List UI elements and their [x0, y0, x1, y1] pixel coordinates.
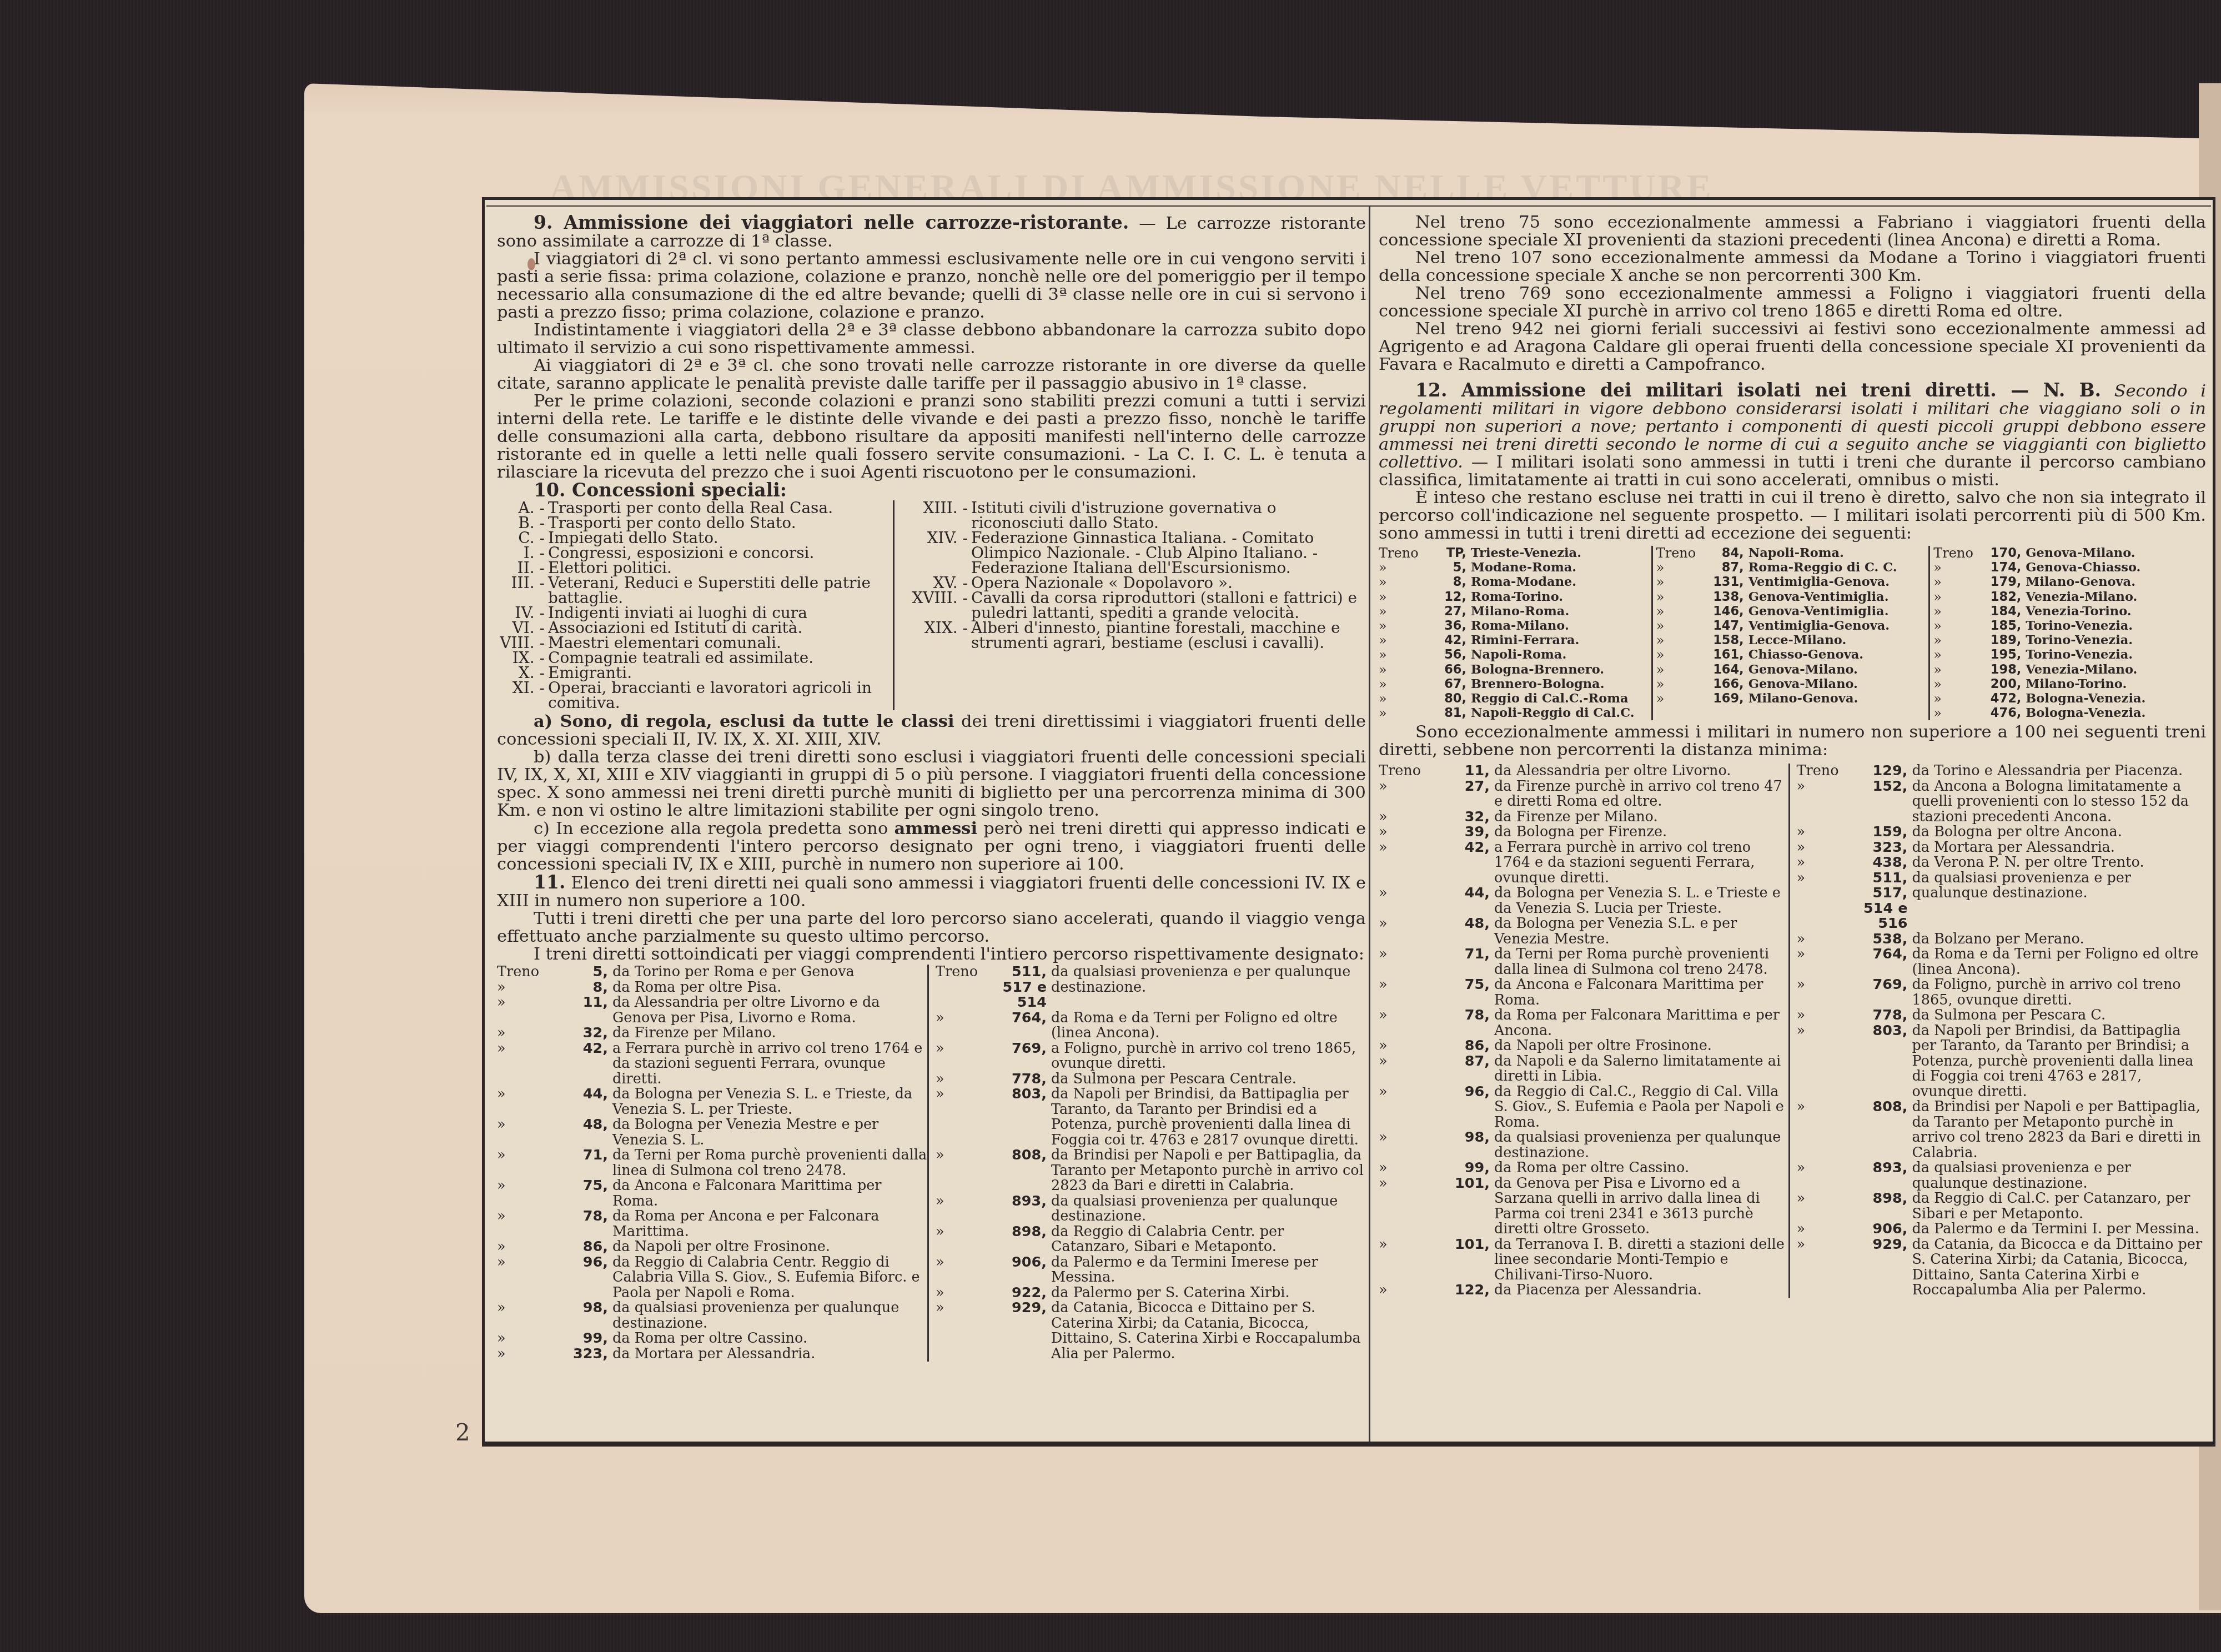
train-row: TrenoTP,Trieste-Venezia. [1379, 546, 1651, 560]
train-label: » [497, 1347, 562, 1362]
train-number: 922, [1001, 1286, 1051, 1301]
train-number: 159, [1862, 825, 1912, 840]
train-route: Torino-Venezia. [2026, 647, 2206, 662]
train-row: »71,da Terni per Roma purchè provenienti… [497, 1148, 927, 1178]
concession-item: X. -Emigranti. [497, 665, 888, 680]
train-label: » [497, 995, 562, 1026]
train-row: »44,da Bologna per Venezia S. L. e Tries… [1379, 886, 1788, 916]
train-label: » [1379, 706, 1430, 720]
train-label: » [1656, 677, 1707, 691]
train-route: da Roma e da Terni per Foligno ed oltre … [1051, 1011, 1366, 1041]
train-route: a Ferrara purchè in arrivo col treno 176… [612, 1041, 927, 1087]
train-route: Milano-Genova. [2026, 575, 2206, 589]
train-number: 138, [1707, 590, 1748, 604]
train-route: da Piacenza per Alessandria. [1494, 1283, 1788, 1298]
train-route: da Alessandria per oltre Livorno. [1494, 764, 1788, 779]
train-label: » [1933, 590, 1984, 604]
train-route: da Bologna per Venezia Mestre e per Vene… [612, 1117, 927, 1148]
train-number: TP, [1430, 546, 1471, 560]
train-row: »42,Rimini-Ferrara. [1379, 633, 1651, 647]
train-number: 86, [562, 1239, 612, 1255]
train-route: da Ancona a Bologna limitatamente a quel… [1912, 779, 2207, 825]
paragraph-a-bold: a) Sono, di regola, esclusi da tutte le … [534, 711, 954, 731]
train-route: da Sulmona per Pescara C. [1912, 1008, 2207, 1023]
train-row: »182,Venezia-Milano. [1933, 590, 2206, 604]
column-divider [1369, 207, 1370, 1442]
train-number: 769, [1862, 977, 1912, 1008]
train-label: Treno [1379, 764, 1444, 779]
train-row: »8,da Roma per oltre Pisa. [497, 980, 927, 996]
train-label: » [1656, 575, 1707, 589]
train-row: »99,da Roma per oltre Cassino. [1379, 1161, 1788, 1176]
train-row: »323,da Mortara per Alessandria. [497, 1347, 927, 1362]
train-number: 129, [1862, 764, 1912, 779]
train-number: 929, [1862, 1237, 1912, 1298]
train-route: da Mortara per Alessandria. [1912, 840, 2207, 856]
train-route: da Alessandria per oltre Livorno e da Ge… [612, 995, 927, 1026]
concession-item: VI. -Associazioni ed Istituti di carità. [497, 620, 888, 635]
train-label: » [1933, 633, 1984, 647]
section-10-title: 10. Concessioni speciali: [497, 481, 1366, 499]
ink-stain [527, 258, 535, 270]
train-route: Torino-Venezia. [2026, 633, 2206, 647]
train-row: Treno84,Napoli-Roma. [1656, 546, 1929, 560]
train-number: 200, [1984, 677, 2026, 691]
train-row: »803,da Napoli per Brindisi, da Battipag… [1797, 1023, 2207, 1100]
train-number: 32, [562, 1026, 612, 1041]
paragraph: I viaggiatori di 2ª cl. vi sono pertanto… [497, 250, 1366, 322]
train-row: »122,da Piacenza per Alessandria. [1379, 1283, 1788, 1298]
train-number: 56, [1430, 647, 1471, 662]
train-row: »32,da Firenze per Milano. [1379, 810, 1788, 825]
train-route: da Verona P. N. per oltre Trento. [1912, 855, 2207, 871]
paragraph-c-bold: ammessi [894, 819, 977, 838]
train-route: da Ancona e Falconara Marittima per Roma… [1494, 977, 1788, 1008]
train-row: »81,Napoli-Reggio di Cal.C. [1379, 706, 1651, 720]
train-row: »36,Roma-Milano. [1379, 619, 1651, 633]
train-label: » [1933, 647, 1984, 662]
train-label: » [1379, 1130, 1444, 1161]
concession-item: XIII. -Istituti civili d'istruzione gove… [902, 500, 1366, 530]
concession-code: XV. - [902, 575, 971, 590]
train-label: » [936, 1148, 1001, 1194]
train-row: »48,da Bologna per Venezia Mestre e per … [497, 1117, 927, 1148]
train-route: da Terni per Roma purchè provenienti dal… [612, 1148, 927, 1178]
concession-item: XIV. -Federazione Ginnastica Italiana. -… [902, 530, 1366, 575]
train-number: 323, [562, 1347, 612, 1362]
military-excluded-trains: TrenoTP,Trieste-Venezia.»5,Modane-Roma.»… [1379, 546, 2206, 720]
train-route: Genova-Milano. [1748, 662, 1929, 677]
train-label: » [1797, 977, 1862, 1008]
train-label: » [936, 1194, 1001, 1224]
train-route: Chiasso-Genova. [1748, 647, 1929, 662]
concession-label: Opera Nazionale « Dopolavoro ». [971, 575, 1366, 590]
concession-item: IV. -Indigenti inviati ai luoghi di cura [497, 605, 888, 620]
train-number: 158, [1707, 633, 1748, 647]
train-row: »906,da Palermo e da Termini I. per Mess… [1797, 1222, 2207, 1237]
concession-item: B. -Trasporti per conto dello Stato. [497, 515, 888, 530]
train-number: 80, [1430, 691, 1471, 706]
train-route: da Sulmona per Pescara Centrale. [1051, 1072, 1366, 1087]
train-route: a Foligno, purchè in arrivo col treno 18… [1051, 1041, 1366, 1072]
train-label: » [497, 1087, 562, 1117]
train-label: » [1656, 633, 1707, 647]
train-number: 174, [1984, 560, 2026, 575]
concession-item: A. -Trasporti per conto della Real Casa. [497, 500, 888, 515]
section-11: 11. Elenco dei treni diretti nei quali s… [497, 873, 1366, 910]
train-row: »98,da qualsiasi provenienza per qualunq… [1379, 1130, 1788, 1161]
train-number: 98, [1444, 1130, 1494, 1161]
train-number: 99, [562, 1331, 612, 1347]
train-route: Venezia-Milano. [2026, 662, 2206, 677]
paragraph: Per le prime colazioni, seconde colazion… [497, 393, 1366, 481]
train-route: da qualsiasi provenienza per qualunque d… [1051, 1194, 1366, 1224]
train-label: Treno [1933, 546, 1984, 560]
train-row: »99,da Roma per oltre Cassino. [497, 1331, 927, 1347]
train-route: Milano-Torino. [2026, 677, 2206, 691]
paragraph-b: b) dalla terza classe dei treni diretti … [497, 749, 1366, 820]
train-number: 5, [562, 965, 612, 980]
train-number: 511, 517, 514 e 516 [1862, 871, 1912, 932]
train-row: »200,Milano-Torino. [1933, 677, 2206, 691]
military-list-col-3: Treno170,Genova-Milano.»174,Genova-Chias… [1928, 546, 2206, 720]
train-row: »198,Venezia-Milano. [1933, 662, 2206, 677]
concession-item: XIX. -Alberi d'innesto, piantine foresta… [902, 620, 1366, 650]
train-route: Milano-Genova. [1748, 691, 1929, 706]
train-number: 42, [1430, 633, 1471, 647]
train-label: » [1379, 840, 1444, 886]
paragraph-c: c) In eccezione alla regola predetta son… [497, 820, 1366, 873]
train-route: Bologna-Venezia. [2026, 706, 2206, 720]
train-row: »86,da Napoli per oltre Frosinone. [1379, 1038, 1788, 1054]
train-label: » [1656, 647, 1707, 662]
train-label: » [497, 1300, 562, 1331]
train-route: da Palermo per S. Caterina Xirbi. [1051, 1286, 1366, 1301]
concession-label: Compagnie teatrali ed assimilate. [548, 650, 888, 665]
train-label: » [1797, 840, 1862, 856]
train-route: da Mortara per Alessandria. [612, 1347, 927, 1362]
train-row: »75,da Ancona e Falconara Marittima per … [1379, 977, 1788, 1008]
train-list-col-2: Treno511, 517 e 514da qualsiasi provenie… [927, 965, 1366, 1362]
train-route: da qualsiasi provenienza per qualunque d… [612, 1300, 927, 1331]
concession-code: XVIII. - [902, 590, 971, 620]
concession-item: C. -Impiegati dello Stato. [497, 530, 888, 545]
train-route: Venezia-Milano. [2026, 590, 2206, 604]
train-label: » [1933, 560, 1984, 575]
train-number: 11, [1444, 764, 1494, 779]
train-number: 808, [1001, 1148, 1051, 1194]
train-label: » [1656, 619, 1707, 633]
train-number: 87, [1444, 1054, 1494, 1084]
train-row: »87,da Napoli e da Salerno limitatamente… [1379, 1054, 1788, 1084]
train-number: 764, [1001, 1011, 1051, 1041]
train-number: 146, [1707, 604, 1748, 619]
train-number: 169, [1707, 691, 1748, 706]
train-row: »778,da Sulmona per Pescara Centrale. [936, 1072, 1366, 1087]
train-row: »808,da Brindisi per Napoli e per Battip… [936, 1148, 1366, 1194]
train-number: 11, [562, 995, 612, 1026]
concession-code: XIII. - [902, 500, 971, 530]
train-number: 898, [1001, 1224, 1051, 1255]
train-route: da Bologna per Venezia S. L. e Trieste, … [612, 1087, 927, 1117]
train-route: da Bolzano per Merano. [1912, 932, 2207, 947]
train-label: » [1379, 810, 1444, 825]
train-route: Brennero-Bologna. [1471, 677, 1651, 691]
train-route: da Genova per Pisa e Livorno ed a Sarzan… [1494, 1176, 1788, 1237]
train-route: da Palermo e da Termini I. per Messina. [1912, 1222, 2207, 1237]
section-12-title: 12. Ammissione dei militari isolati nei … [1415, 379, 2101, 401]
train-route: da Brindisi per Napoli e per Battipaglia… [1912, 1099, 2207, 1161]
train-row: »71,da Terni per Roma purchè provenienti… [1379, 947, 1788, 977]
train-row: »147,Ventimiglia-Genova. [1656, 619, 1929, 633]
train-label: » [1656, 604, 1707, 619]
train-row: »929,da Catania, da Bicocca e da Dittain… [1797, 1237, 2207, 1298]
train-number: 75, [1444, 977, 1494, 1008]
exceptions-train-list: Treno11,da Alessandria per oltre Livorno… [1379, 764, 2206, 1298]
train-route: Genova-Milano. [2026, 546, 2206, 560]
train-route: da Bologna per Venezia S. L. e Trieste e… [1494, 886, 1788, 916]
train-number: 12, [1430, 590, 1471, 604]
train-label: » [1379, 977, 1444, 1008]
train-route: Genova-Ventimiglia. [1748, 590, 1929, 604]
train-row: »48,da Bologna per Venezia S.L. e per Ve… [1379, 916, 1788, 947]
train-route: da Napoli e da Salerno limitatamente ai … [1494, 1054, 1788, 1084]
train-route: da qualsiasi provenienza e per qualunque… [1912, 1161, 2207, 1191]
concession-code: II. - [497, 560, 548, 575]
train-label: » [1379, 886, 1444, 916]
train-number: 152, [1862, 779, 1912, 825]
exceptions-intro: Sono eccezionalmente ammessi i militari … [1379, 724, 2206, 759]
train-label: » [1379, 1054, 1444, 1084]
train-route: da Firenze per Milano. [1494, 810, 1788, 825]
train-number: 438, [1862, 855, 1912, 871]
train-number: 769, [1001, 1041, 1051, 1072]
concession-code: III. - [497, 575, 548, 605]
train-label: » [936, 1087, 1001, 1148]
train-label: » [1933, 575, 1984, 589]
concessions-left: A. -Trasporti per conto della Real Casa.… [497, 500, 895, 710]
train-label: » [1797, 932, 1862, 947]
train-route: da Roma per oltre Cassino. [612, 1331, 927, 1347]
train-row: »87,Roma-Reggio di C. C. [1656, 560, 1929, 575]
train-number: 166, [1707, 677, 1748, 691]
paragraph-a: a) Sono, di regola, esclusi da tutte le … [497, 712, 1366, 749]
train-list: Treno5,da Torino per Roma e per Genova»8… [497, 965, 1366, 1362]
train-number: 764, [1862, 947, 1912, 977]
train-label: » [497, 1239, 562, 1255]
train-route: da Reggio di Cal.C., Reggio di Cal. Vill… [1494, 1084, 1788, 1131]
train-route: Venezia-Torino. [2026, 604, 2206, 619]
train-row: »769,a Foligno, purchè in arrivo col tre… [936, 1041, 1366, 1072]
train-row: »66,Bologna-Brennero. [1379, 662, 1651, 677]
train-route: da Torino e Alessandria per Piacenza. [1912, 764, 2207, 779]
train-route: da qualsiasi provenienza e per qualunque… [1912, 871, 2207, 932]
train-row: »808,da Brindisi per Napoli e per Battip… [1797, 1099, 2207, 1161]
exceptions-col-1: Treno11,da Alessandria per oltre Livorno… [1379, 764, 1788, 1298]
train-label: » [1379, 1008, 1444, 1038]
train-label: » [1797, 871, 1862, 932]
content-frame: 9. Ammissione dei viaggiatori nelle carr… [482, 197, 2215, 1447]
train-row: »769,da Foligno, purchè in arrivo col tr… [1797, 977, 2207, 1008]
train-row: »166,Genova-Milano. [1656, 677, 1929, 691]
train-number: 98, [562, 1300, 612, 1331]
train-row: »476,Bologna-Venezia. [1933, 706, 2206, 720]
train-row: »75,da Ancona e Falconara Marittima per … [497, 1178, 927, 1209]
train-row: »152,da Ancona a Bologna limitatamente a… [1797, 779, 2207, 825]
concession-item: II. -Elettori politici. [497, 560, 888, 575]
train-label: » [497, 1331, 562, 1347]
train-label: » [1797, 1161, 1862, 1191]
concession-code: VIII. - [497, 635, 548, 650]
train-number: 778, [1001, 1072, 1051, 1087]
train-row: »906,da Palermo e da Termini Imerese per… [936, 1255, 1366, 1286]
train-route: Bologna-Venezia. [2026, 691, 2206, 706]
train-row: »8,Roma-Modane. [1379, 575, 1651, 589]
train-label: » [1797, 1191, 1862, 1222]
train-label: » [497, 1148, 562, 1178]
train-number: 161, [1707, 647, 1748, 662]
concession-code: C. - [497, 530, 548, 545]
train-label: » [1379, 947, 1444, 977]
train-label: Treno [936, 965, 1001, 1011]
page-number: 2 [455, 1419, 470, 1446]
train-number: 906, [1001, 1255, 1051, 1286]
train-number: 511, 517 e 514 [1001, 965, 1051, 1011]
train-route: Trieste-Venezia. [1471, 546, 1651, 560]
train-route: da Firenze per Milano. [612, 1026, 927, 1041]
train-label: » [1656, 662, 1707, 677]
train-row: »86,da Napoli per oltre Frosinone. [497, 1239, 927, 1255]
train-label: Treno [1797, 764, 1862, 779]
train-number: 185, [1984, 619, 2026, 633]
train-number: 44, [1444, 886, 1494, 916]
note-train-75: Nel treno 75 sono eccezionalmente ammess… [1379, 214, 2206, 249]
section-12-text: — I militari isolati sono ammessi in tut… [1379, 453, 2206, 490]
train-row: »538,da Bolzano per Merano. [1797, 932, 2207, 947]
train-label: » [497, 1041, 562, 1087]
concession-label: Federazione Ginnastica Italiana. - Comit… [971, 530, 1366, 575]
train-label: » [1933, 662, 1984, 677]
train-row: »438,da Verona P. N. per oltre Trento. [1797, 855, 2207, 871]
train-route: Napoli-Reggio di Cal.C. [1471, 706, 1651, 720]
train-row: »44,da Bologna per Venezia S. L. e Tries… [497, 1087, 927, 1117]
train-label: Treno [1379, 546, 1430, 560]
concessions-list: A. -Trasporti per conto della Real Casa.… [497, 500, 1366, 710]
train-route: Genova-Ventimiglia. [1748, 604, 1929, 619]
train-row: »323,da Mortara per Alessandria. [1797, 840, 2207, 856]
train-label: » [497, 980, 562, 996]
concession-label: Maestri elementari comunali. [548, 635, 888, 650]
paragraph: Tutti i treni diretti che per una parte … [497, 910, 1366, 946]
train-number: 929, [1001, 1300, 1051, 1362]
train-route: da Torino per Roma e per Genova [612, 965, 927, 980]
train-number: 538, [1862, 932, 1912, 947]
train-row: Treno11,da Alessandria per oltre Livorno… [1379, 764, 1788, 779]
train-row: »161,Chiasso-Genova. [1656, 647, 1929, 662]
concession-code: IV. - [497, 605, 548, 620]
train-row: »12,Roma-Torino. [1379, 590, 1651, 604]
train-number: 78, [1444, 1008, 1494, 1038]
section-9-title: 9. Ammissione dei viaggiatori nelle carr… [534, 212, 1129, 233]
train-route: da Firenze purchè in arrivo col treno 47… [1494, 779, 1788, 810]
train-number: 198, [1984, 662, 2026, 677]
train-row: »803,da Napoli per Brindisi, da Battipag… [936, 1087, 1366, 1148]
train-row: »195,Torino-Venezia. [1933, 647, 2206, 662]
train-label: » [1379, 662, 1430, 677]
train-number: 32, [1444, 810, 1494, 825]
train-number: 101, [1444, 1176, 1494, 1237]
train-number: 803, [1001, 1087, 1051, 1148]
train-route: Modane-Roma. [1471, 560, 1651, 575]
train-label: » [1933, 619, 1984, 633]
right-column: Nel treno 75 sono eccezionalmente ammess… [1379, 214, 2206, 1298]
train-row: »67,Brennero-Bologna. [1379, 677, 1651, 691]
section-11-text: Elenco dei treni diretti nei quali sono … [497, 873, 1366, 911]
train-row: »131,Ventimiglia-Genova. [1656, 575, 1929, 589]
train-number: 898, [1862, 1191, 1912, 1222]
note-train-107: Nel treno 107 sono eccezionalmente ammes… [1379, 249, 2206, 285]
train-number: 96, [562, 1255, 612, 1301]
concession-label: Congressi, esposizioni e concorsi. [548, 545, 888, 560]
train-label: » [1797, 855, 1862, 871]
train-route: da Napoli per Brindisi, da Battipaglia p… [1051, 1087, 1366, 1148]
train-number: 75, [562, 1178, 612, 1209]
train-number: 803, [1862, 1023, 1912, 1100]
train-label: » [1797, 1099, 1862, 1161]
train-number: 71, [1444, 947, 1494, 977]
train-number: 27, [1430, 604, 1471, 619]
train-route: da Palermo e da Termini Imerese per Mess… [1051, 1255, 1366, 1286]
train-label: » [1379, 1038, 1444, 1054]
concessions-right: XIII. -Istituti civili d'istruzione gove… [895, 500, 1366, 710]
train-route: da qualsiasi provenienza e per qualunque… [1051, 965, 1366, 1011]
train-row: »11,da Alessandria per oltre Livorno e d… [497, 995, 927, 1026]
train-label: » [936, 1300, 1001, 1362]
train-row: »32,da Firenze per Milano. [497, 1026, 927, 1041]
train-number: 84, [1707, 546, 1748, 560]
train-row: »96,da Reggio di Cal.C., Reggio di Cal. … [1379, 1084, 1788, 1131]
train-label: » [936, 1224, 1001, 1255]
concession-label: Operai, braccianti e lavoratori agricoli… [548, 680, 888, 710]
paragraph: È inteso che restano escluse nei tratti … [1379, 489, 2206, 543]
train-number: 164, [1707, 662, 1748, 677]
train-label: » [1379, 677, 1430, 691]
train-label: » [497, 1209, 562, 1239]
train-number: 86, [1444, 1038, 1494, 1054]
concession-item: XV. -Opera Nazionale « Dopolavoro ». [902, 575, 1366, 590]
train-row: »80,Reggio di Cal.C.-Roma [1379, 691, 1651, 706]
train-route: Roma-Milano. [1471, 619, 1651, 633]
train-route: Napoli-Roma. [1748, 546, 1929, 560]
train-row: »472,Bologna-Venezia. [1933, 691, 2206, 706]
train-label: » [497, 1117, 562, 1148]
train-row: »778,da Sulmona per Pescara C. [1797, 1008, 2207, 1023]
exceptions-col-2: Treno129,da Torino e Alessandria per Pia… [1788, 764, 2207, 1298]
concession-code: A. - [497, 500, 548, 515]
train-number: 147, [1707, 619, 1748, 633]
concession-code: XIV. - [902, 530, 971, 575]
train-label: » [1379, 1084, 1444, 1131]
train-row: »174,Genova-Chiasso. [1933, 560, 2206, 575]
train-number: 179, [1984, 575, 2026, 589]
left-column: 9. Ammissione dei viaggiatori nelle carr… [497, 214, 1366, 1362]
train-route: a Ferrara purchè in arrivo col treno 176… [1494, 840, 1788, 886]
concession-code: VI. - [497, 620, 548, 635]
train-number: 195, [1984, 647, 2026, 662]
train-row: »27,Milano-Roma. [1379, 604, 1651, 619]
train-label: » [1933, 706, 1984, 720]
note-train-769: Nel treno 769 sono eccezionalmente ammes… [1379, 285, 2206, 320]
